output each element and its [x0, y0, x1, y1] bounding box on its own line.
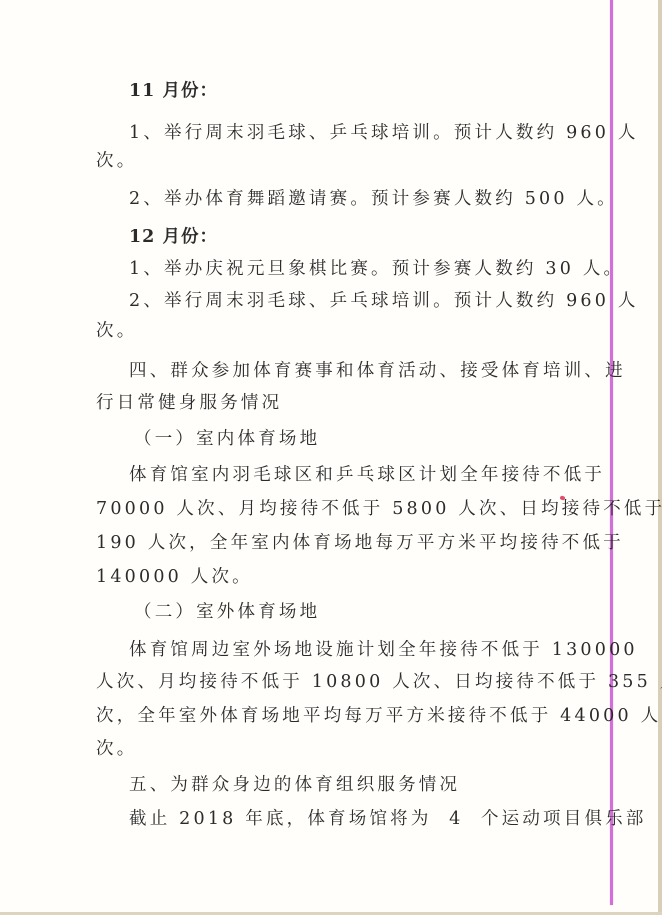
- outdoor-line-4: 次。: [96, 738, 137, 760]
- page-edge-right: [658, 0, 662, 915]
- outdoor-line-1: 体育馆周边室外场地设施计划全年接待不低于 130000: [129, 639, 638, 661]
- dec-item-1: 1、举办庆祝元旦象棋比赛。预计参赛人数约 30 人。: [129, 258, 624, 280]
- indoor-line-4: 140000 人次。: [96, 566, 253, 588]
- section-heading-november: 11 月份：: [129, 80, 218, 102]
- section-5-title: 五、为群众身边的体育组织服务情况: [129, 774, 460, 796]
- indoor-line-1: 体育馆室内羽毛球区和乒乓球区计划全年接待不低于: [129, 464, 605, 486]
- indoor-line-3: 190 人次，全年室内体育场地每万平方米平均接待不低于: [96, 532, 624, 554]
- outdoor-line-2: 人次、月均接待不低于 10800 人次、日均接待不低于 355 人: [96, 671, 662, 693]
- scanned-page: 11 月份： 1、举行周末羽毛球、乒乓球培训。预计人数约 960 人 次。 2、…: [0, 0, 662, 915]
- indoor-line-2: 70000 人次、月均接待不低于 5800 人次、日均接待不低于: [96, 498, 662, 520]
- nov-item-2: 2、举办体育舞蹈邀请赛。预计参赛人数约 500 人。: [129, 188, 618, 210]
- indoor-heading: （一）室内体育场地: [134, 428, 320, 450]
- nov-item-1-line-1: 1、举行周末羽毛球、乒乓球培训。预计人数约 960 人: [129, 122, 639, 144]
- section-5-line-1: 截止 2018 年底，体育场馆将为 4 个运动项目俱乐部: [129, 808, 647, 830]
- nov-item-1-line-2: 次。: [96, 150, 137, 172]
- dec-item-2-line-2: 次。: [96, 320, 137, 342]
- dec-item-2-line-1: 2、举行周末羽毛球、乒乓球培训。预计人数约 960 人: [129, 290, 639, 312]
- outdoor-line-3: 次，全年室外体育场地平均每万平方米接待不低于 44000 人: [96, 705, 661, 727]
- section-4-title-line-1: 四、群众参加体育赛事和体育活动、接受体育培训、进: [129, 360, 626, 382]
- section-4-title-line-2: 行日常健身服务情况: [96, 392, 282, 414]
- section-heading-december: 12 月份：: [129, 226, 218, 248]
- outdoor-heading: （二）室外体育场地: [134, 601, 320, 623]
